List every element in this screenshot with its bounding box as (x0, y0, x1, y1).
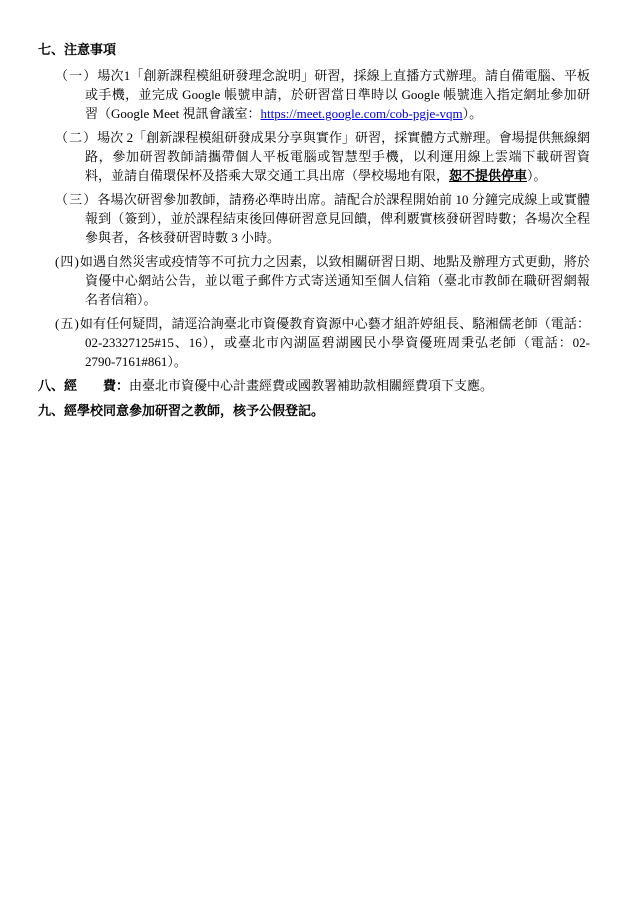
section-9-text: 九、經學校同意參加研習之教師，核予公假登記。 (38, 403, 324, 418)
note-item-1-label: （一） (55, 68, 97, 83)
note-item-5-text: 如有任何疑問，請逕洽詢臺北市資優教育資源中心藝才組許婷組長、駱湘儒老師（電話：0… (80, 316, 590, 369)
note-item-1-text-after: ）。 (463, 106, 483, 121)
note-item-3-text: 各場次研習參加教師，請務必準時出席。請配合於課程開始前 10 分鐘完成線上或實體… (85, 192, 590, 245)
note-item-3: （三）各場次研習參加教師，請務必準時出席。請配合於課程開始前 10 分鐘完成線上… (38, 190, 590, 247)
note-item-4-text: 如遇自然災害或疫情等不可抗力之因素，以致相關研習日期、地點及辦理方式更動，將於資… (80, 254, 590, 307)
note-item-4: (四)如遇自然災害或疫情等不可抗力之因素，以致相關研習日期、地點及辦理方式更動，… (38, 252, 590, 309)
note-item-2: （二）場次 2「創新課程模組研發成果分享與實作」研習，採實體方式辦理。會場提供無… (38, 128, 590, 185)
document-page: 七、注意事項 （一）場次1「創新課程模組研發理念說明」研習，採線上直播方式辦理。… (0, 0, 626, 913)
section-8-text: 由臺北市資優中心計畫經費或國教署補助款相關經費項下支應。 (129, 378, 493, 393)
section-8-label: 八、經 費： (38, 378, 129, 393)
note-item-2-text-after: ）。 (527, 168, 547, 183)
google-meet-link[interactable]: https://meet.google.com/cob-pgje-vqm (260, 106, 462, 121)
note-item-5: (五)如有任何疑問，請逕洽詢臺北市資優教育資源中心藝才組許婷組長、駱湘儒老師（電… (38, 314, 590, 371)
note-item-1: （一）場次1「創新課程模組研發理念說明」研習，採線上直播方式辦理。請自備電腦、平… (38, 66, 590, 123)
note-item-3-label: （三） (55, 192, 97, 207)
section-7-heading: 七、注意事項 (38, 40, 590, 59)
section-8-funding: 八、經 費：由臺北市資優中心計畫經費或國教署補助款相關經費項下支應。 (38, 376, 590, 395)
note-item-2-label: （二） (55, 130, 97, 145)
note-item-4-label: (四) (55, 254, 80, 269)
note-item-5-label: (五) (55, 316, 80, 331)
section-9-official-leave: 九、經學校同意參加研習之教師，核予公假登記。 (38, 401, 590, 420)
no-parking-emphasis: 恕不提供停車 (449, 168, 527, 183)
